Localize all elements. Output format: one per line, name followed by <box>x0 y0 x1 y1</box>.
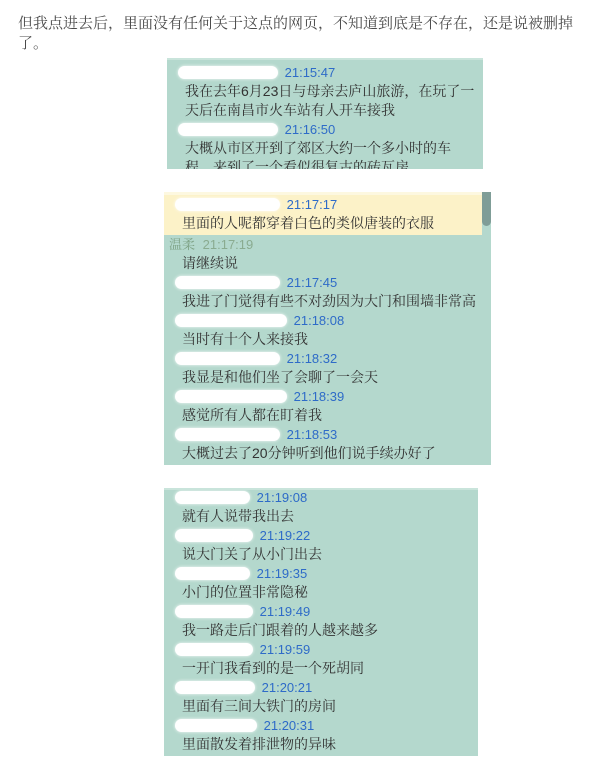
redacted-name <box>175 643 253 656</box>
chat-screenshot-block-3: 21:19:08 就有人说带我出去 21:19:22 说大门关了从小门出去 21… <box>164 488 478 756</box>
message-meta: 21:18:08 <box>164 311 491 330</box>
redacted-name <box>175 352 280 365</box>
message-meta: 21:17:17 <box>164 195 482 214</box>
highlighted-message: 21:17:17 里面的人呢都穿着白色的类似唐装的衣服 <box>164 192 482 235</box>
redacted-name <box>175 681 255 694</box>
message-text: 说大门关了从小门出去 <box>164 545 478 564</box>
redacted-name <box>175 390 287 403</box>
message-meta: 21:19:59 <box>164 640 478 659</box>
message-meta: 21:18:53 <box>164 425 491 444</box>
member-name: 温柔 <box>169 237 195 252</box>
timestamp: 21:19:22 <box>260 528 311 543</box>
message-meta: 21:20:31 <box>164 716 478 735</box>
chat-screenshot-block-1: 21:15:47 我在去年6月23日与母亲去庐山旅游，在玩了一天后在南昌市火车站… <box>167 58 483 169</box>
intro-text: 但我点进去后，里面没有任何关于这点的网页，不知道到底是不存在，还是说被删掉了。 <box>18 14 584 54</box>
timestamp: 21:19:59 <box>260 642 311 657</box>
message-text: 就有人说带我出去 <box>164 507 478 526</box>
timestamp: 21:18:32 <box>287 351 338 366</box>
message-text: 请继续说 <box>164 254 491 273</box>
message-text: 感觉所有人都在盯着我 <box>164 406 491 425</box>
message-text: 我一路走后门跟着的人越来越多 <box>164 621 478 640</box>
message-meta: 21:16:50 <box>167 120 483 139</box>
message-meta: 21:15:47 <box>167 63 483 82</box>
page: 但我点进去后，里面没有任何关于这点的网页，不知道到底是不存在，还是说被删掉了。 … <box>0 0 600 760</box>
timestamp: 21:20:31 <box>264 718 315 733</box>
message-meta: 21:19:08 <box>164 488 478 507</box>
redacted-name <box>175 529 253 542</box>
timestamp: 21:19:08 <box>257 490 308 505</box>
message-text: 我进了门觉得有些不对劲因为大门和围墙非常高 <box>164 292 491 311</box>
message-text: 里面有三间大铁门的房间 <box>164 697 478 716</box>
message-meta: 21:19:49 <box>164 602 478 621</box>
message-text: 我显是和他们坐了会聊了一会天 <box>164 368 491 387</box>
timestamp: 21:17:19 <box>203 237 254 252</box>
timestamp: 21:16:50 <box>285 122 336 137</box>
message-meta: 温柔 21:17:19 <box>164 235 491 254</box>
redacted-name <box>175 605 253 618</box>
message-text: 当时有十个人来接我 <box>164 330 491 349</box>
redacted-name <box>175 428 280 441</box>
message-meta: 21:18:39 <box>164 387 491 406</box>
timestamp: 21:15:47 <box>285 65 336 80</box>
timestamp: 21:18:39 <box>294 389 345 404</box>
chat-screenshot-block-2: 21:17:17 里面的人呢都穿着白色的类似唐装的衣服 温柔 21:17:19 … <box>164 192 491 465</box>
message-meta: 21:20:21 <box>164 678 478 697</box>
redacted-name <box>175 198 280 211</box>
message-text: 里面散发着排泄物的异味 <box>164 735 478 754</box>
message-text: 里面的人呢都穿着白色的类似唐装的衣服 <box>164 214 482 233</box>
message-text: 大概过去了20分钟听到他们说手续办好了 <box>164 444 491 463</box>
message-meta: 21:19:22 <box>164 526 478 545</box>
timestamp: 21:17:45 <box>287 275 338 290</box>
timestamp: 21:19:49 <box>260 604 311 619</box>
timestamp: 21:20:21 <box>262 680 313 695</box>
message-text: 我在去年6月23日与母亲去庐山旅游，在玩了一天后在南昌市火车站有人开车接我 <box>167 82 483 120</box>
message-meta: 21:18:32 <box>164 349 491 368</box>
redacted-name <box>175 276 280 289</box>
timestamp: 21:18:53 <box>287 427 338 442</box>
message-meta: 21:19:35 <box>164 564 478 583</box>
redacted-name <box>178 123 278 136</box>
timestamp: 21:19:35 <box>257 566 308 581</box>
message-text: 一开门我看到的是一个死胡同 <box>164 659 478 678</box>
redacted-name <box>175 567 250 580</box>
timestamp: 21:17:17 <box>287 197 338 212</box>
redacted-name <box>175 719 257 732</box>
redacted-name <box>175 491 250 504</box>
message-text: 小门的位置非常隐秘 <box>164 583 478 602</box>
timestamp: 21:18:08 <box>294 313 345 328</box>
scrollbar-thumb[interactable] <box>482 192 491 226</box>
message-meta: 21:17:45 <box>164 273 491 292</box>
redacted-name <box>178 66 278 79</box>
redacted-name <box>175 314 287 327</box>
message-text: 大概从市区开到了郊区大约一个多小时的车程，来到了一个看似很复古的砖瓦房 <box>167 139 483 169</box>
